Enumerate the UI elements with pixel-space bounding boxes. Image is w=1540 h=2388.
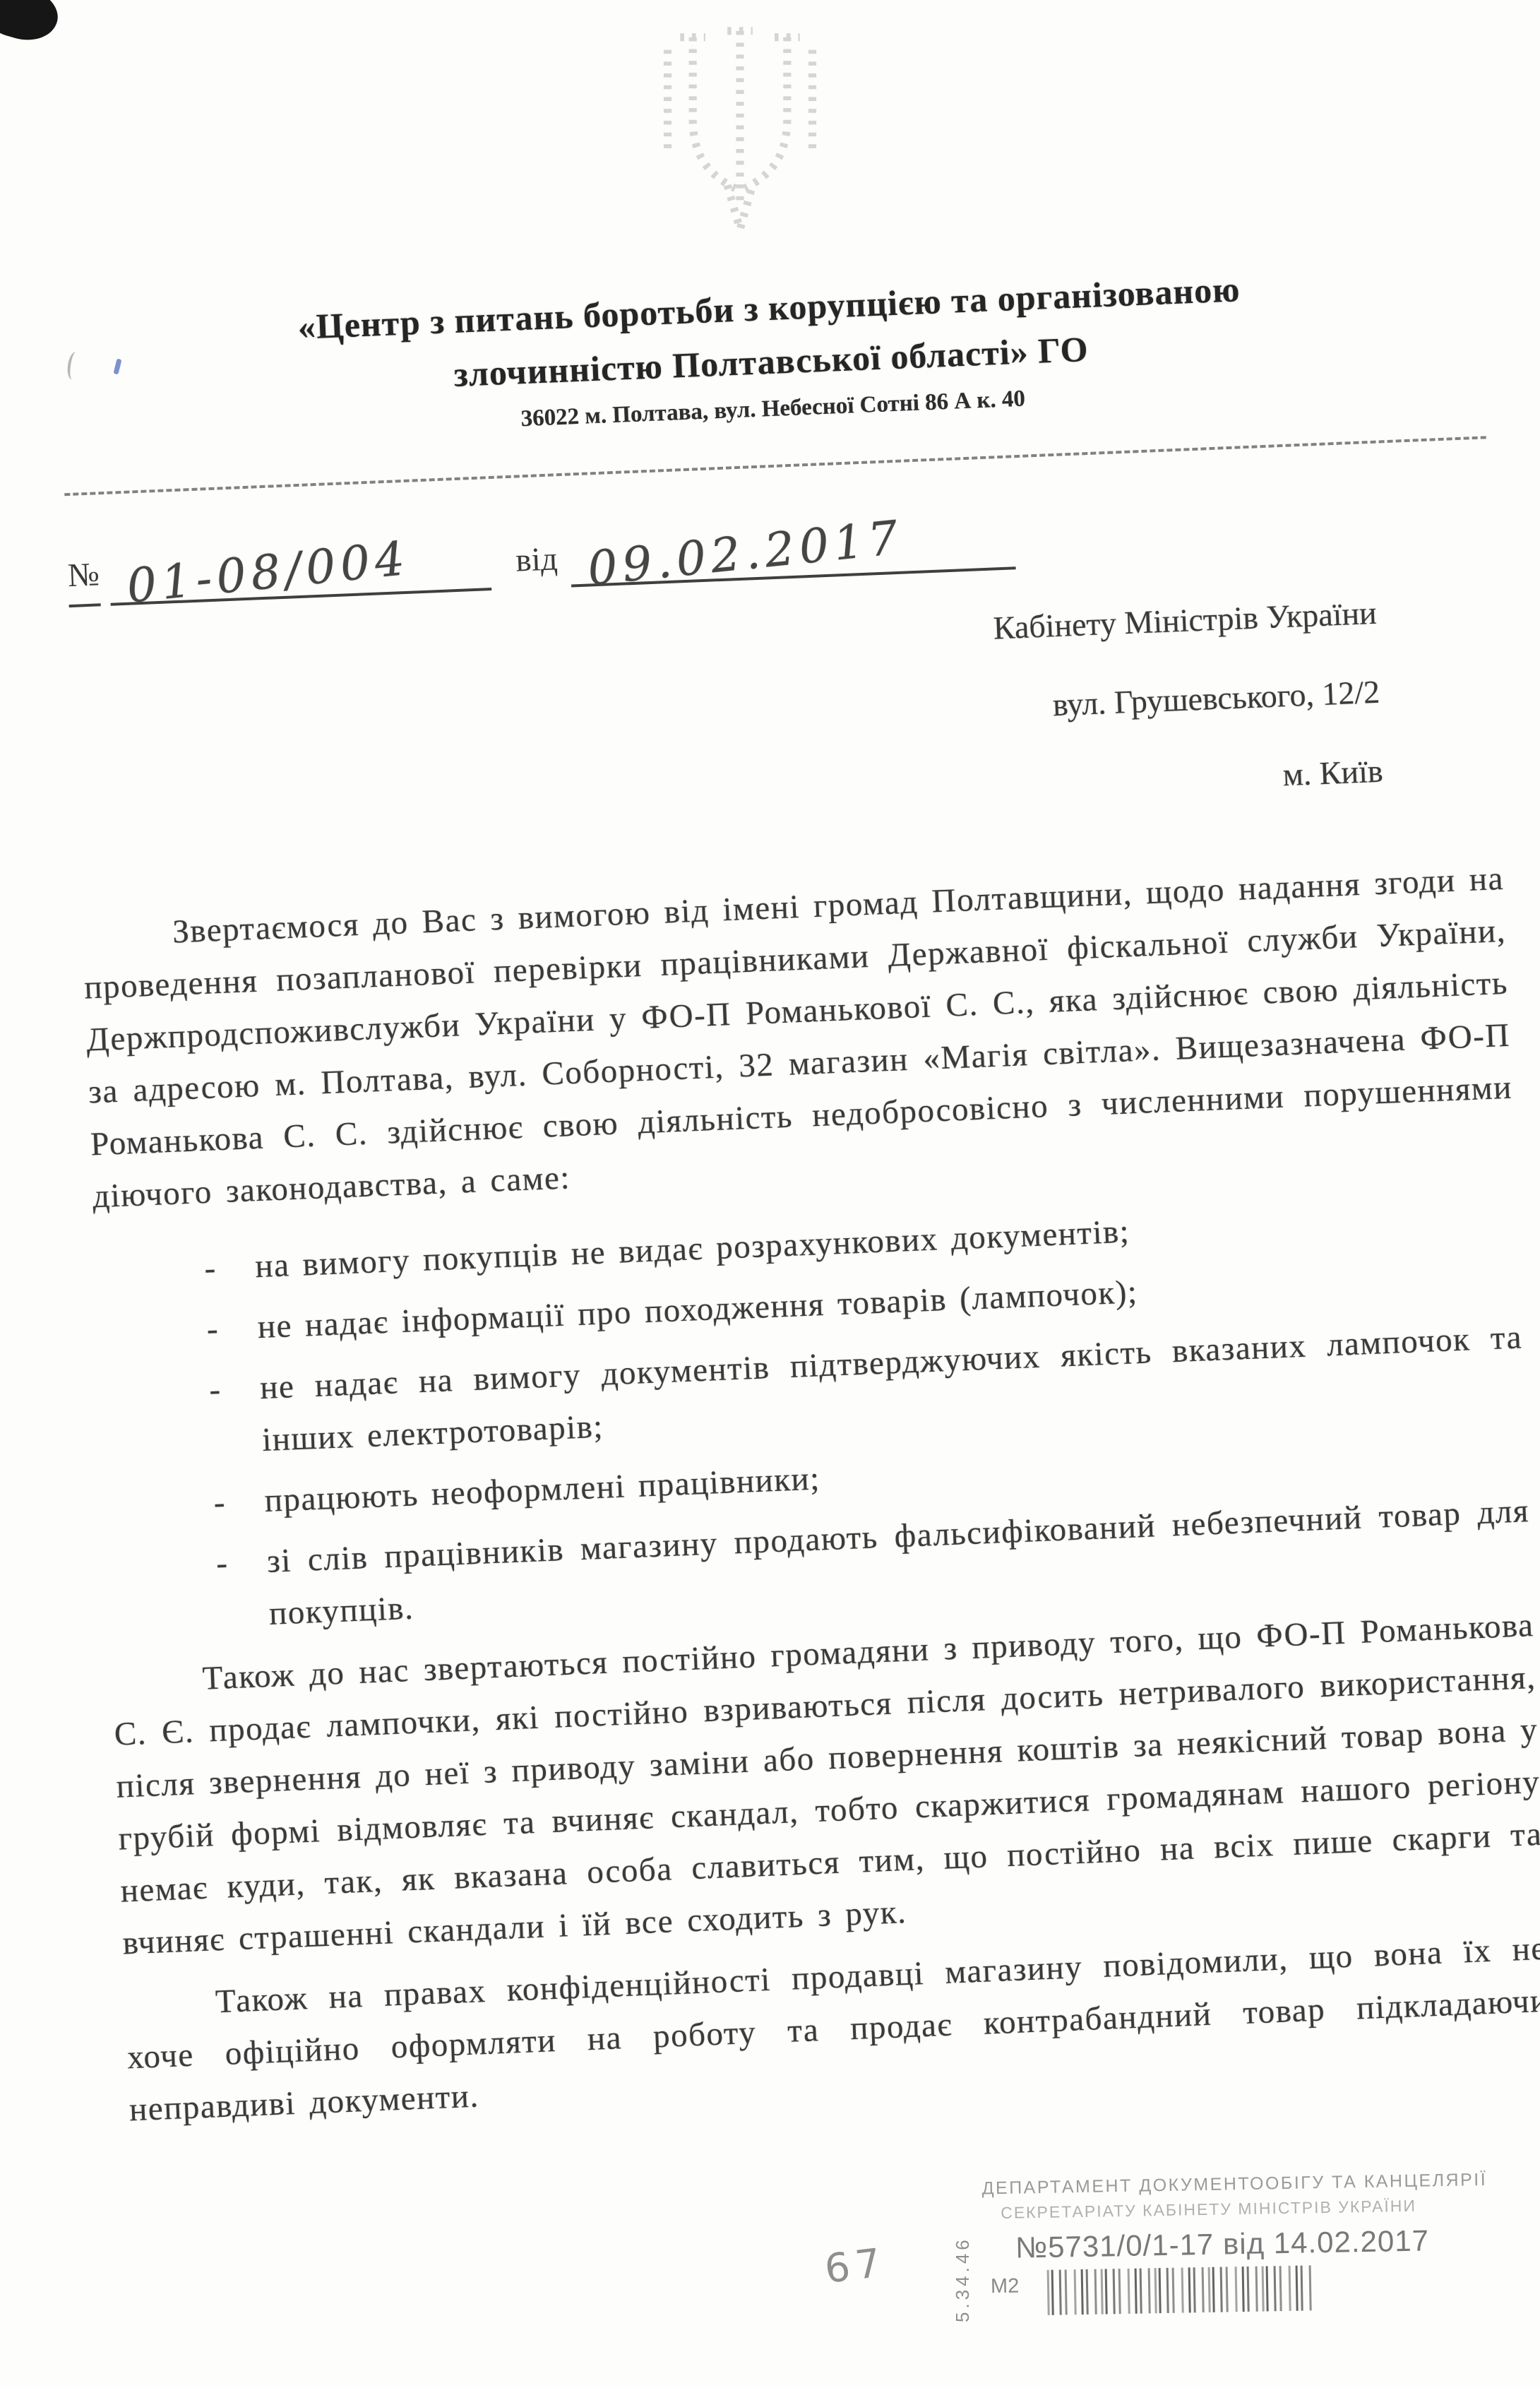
recipient-block: Кабінету Міністрів України вул. Грушевсь… — [70, 569, 1501, 863]
bullet-dash: - — [215, 1537, 229, 1590]
reference-number-underline: 01-08/004 — [108, 535, 491, 606]
bullet-dash: - — [213, 1476, 227, 1529]
handwritten-page-number: 67 — [822, 2240, 889, 2293]
bullet-dash: - — [208, 1363, 222, 1416]
reference-number-label: № — [67, 555, 101, 607]
letter-body: «Центр з питань боротьби з корупцією та … — [57, 253, 1540, 2137]
reference-number-handwritten: 01-08/004 — [124, 531, 412, 614]
paragraph-2: Також до нас звертаються постійно громад… — [111, 1599, 1540, 1970]
violations-list: - на вимогу покупців не видає розрахунко… — [95, 1189, 1532, 1646]
registration-stamp: ДЕПАРТАМЕНТ ДОКУМЕНТООБІГУ ТА КАНЦЕЛЯРІЇ… — [981, 2170, 1506, 2317]
barcode-icon — [1047, 2265, 1316, 2315]
stamp-barcode-row: М2 — [984, 2262, 1507, 2317]
paragraph-1: Звертаємося до Вас з вимогою від імені г… — [81, 853, 1515, 1223]
reference-date-underline: 09.02.2017 — [569, 514, 1016, 587]
list-item-text: працюють неоформлені працівники; — [264, 1460, 821, 1519]
reference-date-handwritten: 09.02.2017 — [585, 510, 905, 596]
vertical-side-code: 5.34.46 — [952, 2236, 974, 2322]
bullet-dash: - — [203, 1242, 217, 1295]
stamp-m-code: М2 — [991, 2275, 1020, 2299]
stamp-registration-number: №5731/0/1-17 від 14.02.2017 — [983, 2223, 1506, 2266]
ukraine-trident-watermark-icon — [644, 18, 836, 239]
stamp-secretariat-line: СЕКРЕТАРІАТУ КАБІНЕТУ МІНІСТРІВ УКРАЇНИ — [982, 2195, 1505, 2223]
stamp-department-line: ДЕПАРТАМЕНТ ДОКУМЕНТООБІГУ ТА КАНЦЕЛЯРІЇ — [981, 2170, 1504, 2199]
reference-date-label: від — [515, 540, 559, 589]
bullet-dash: - — [205, 1302, 220, 1355]
scan-corner-smudge — [0, 0, 64, 48]
